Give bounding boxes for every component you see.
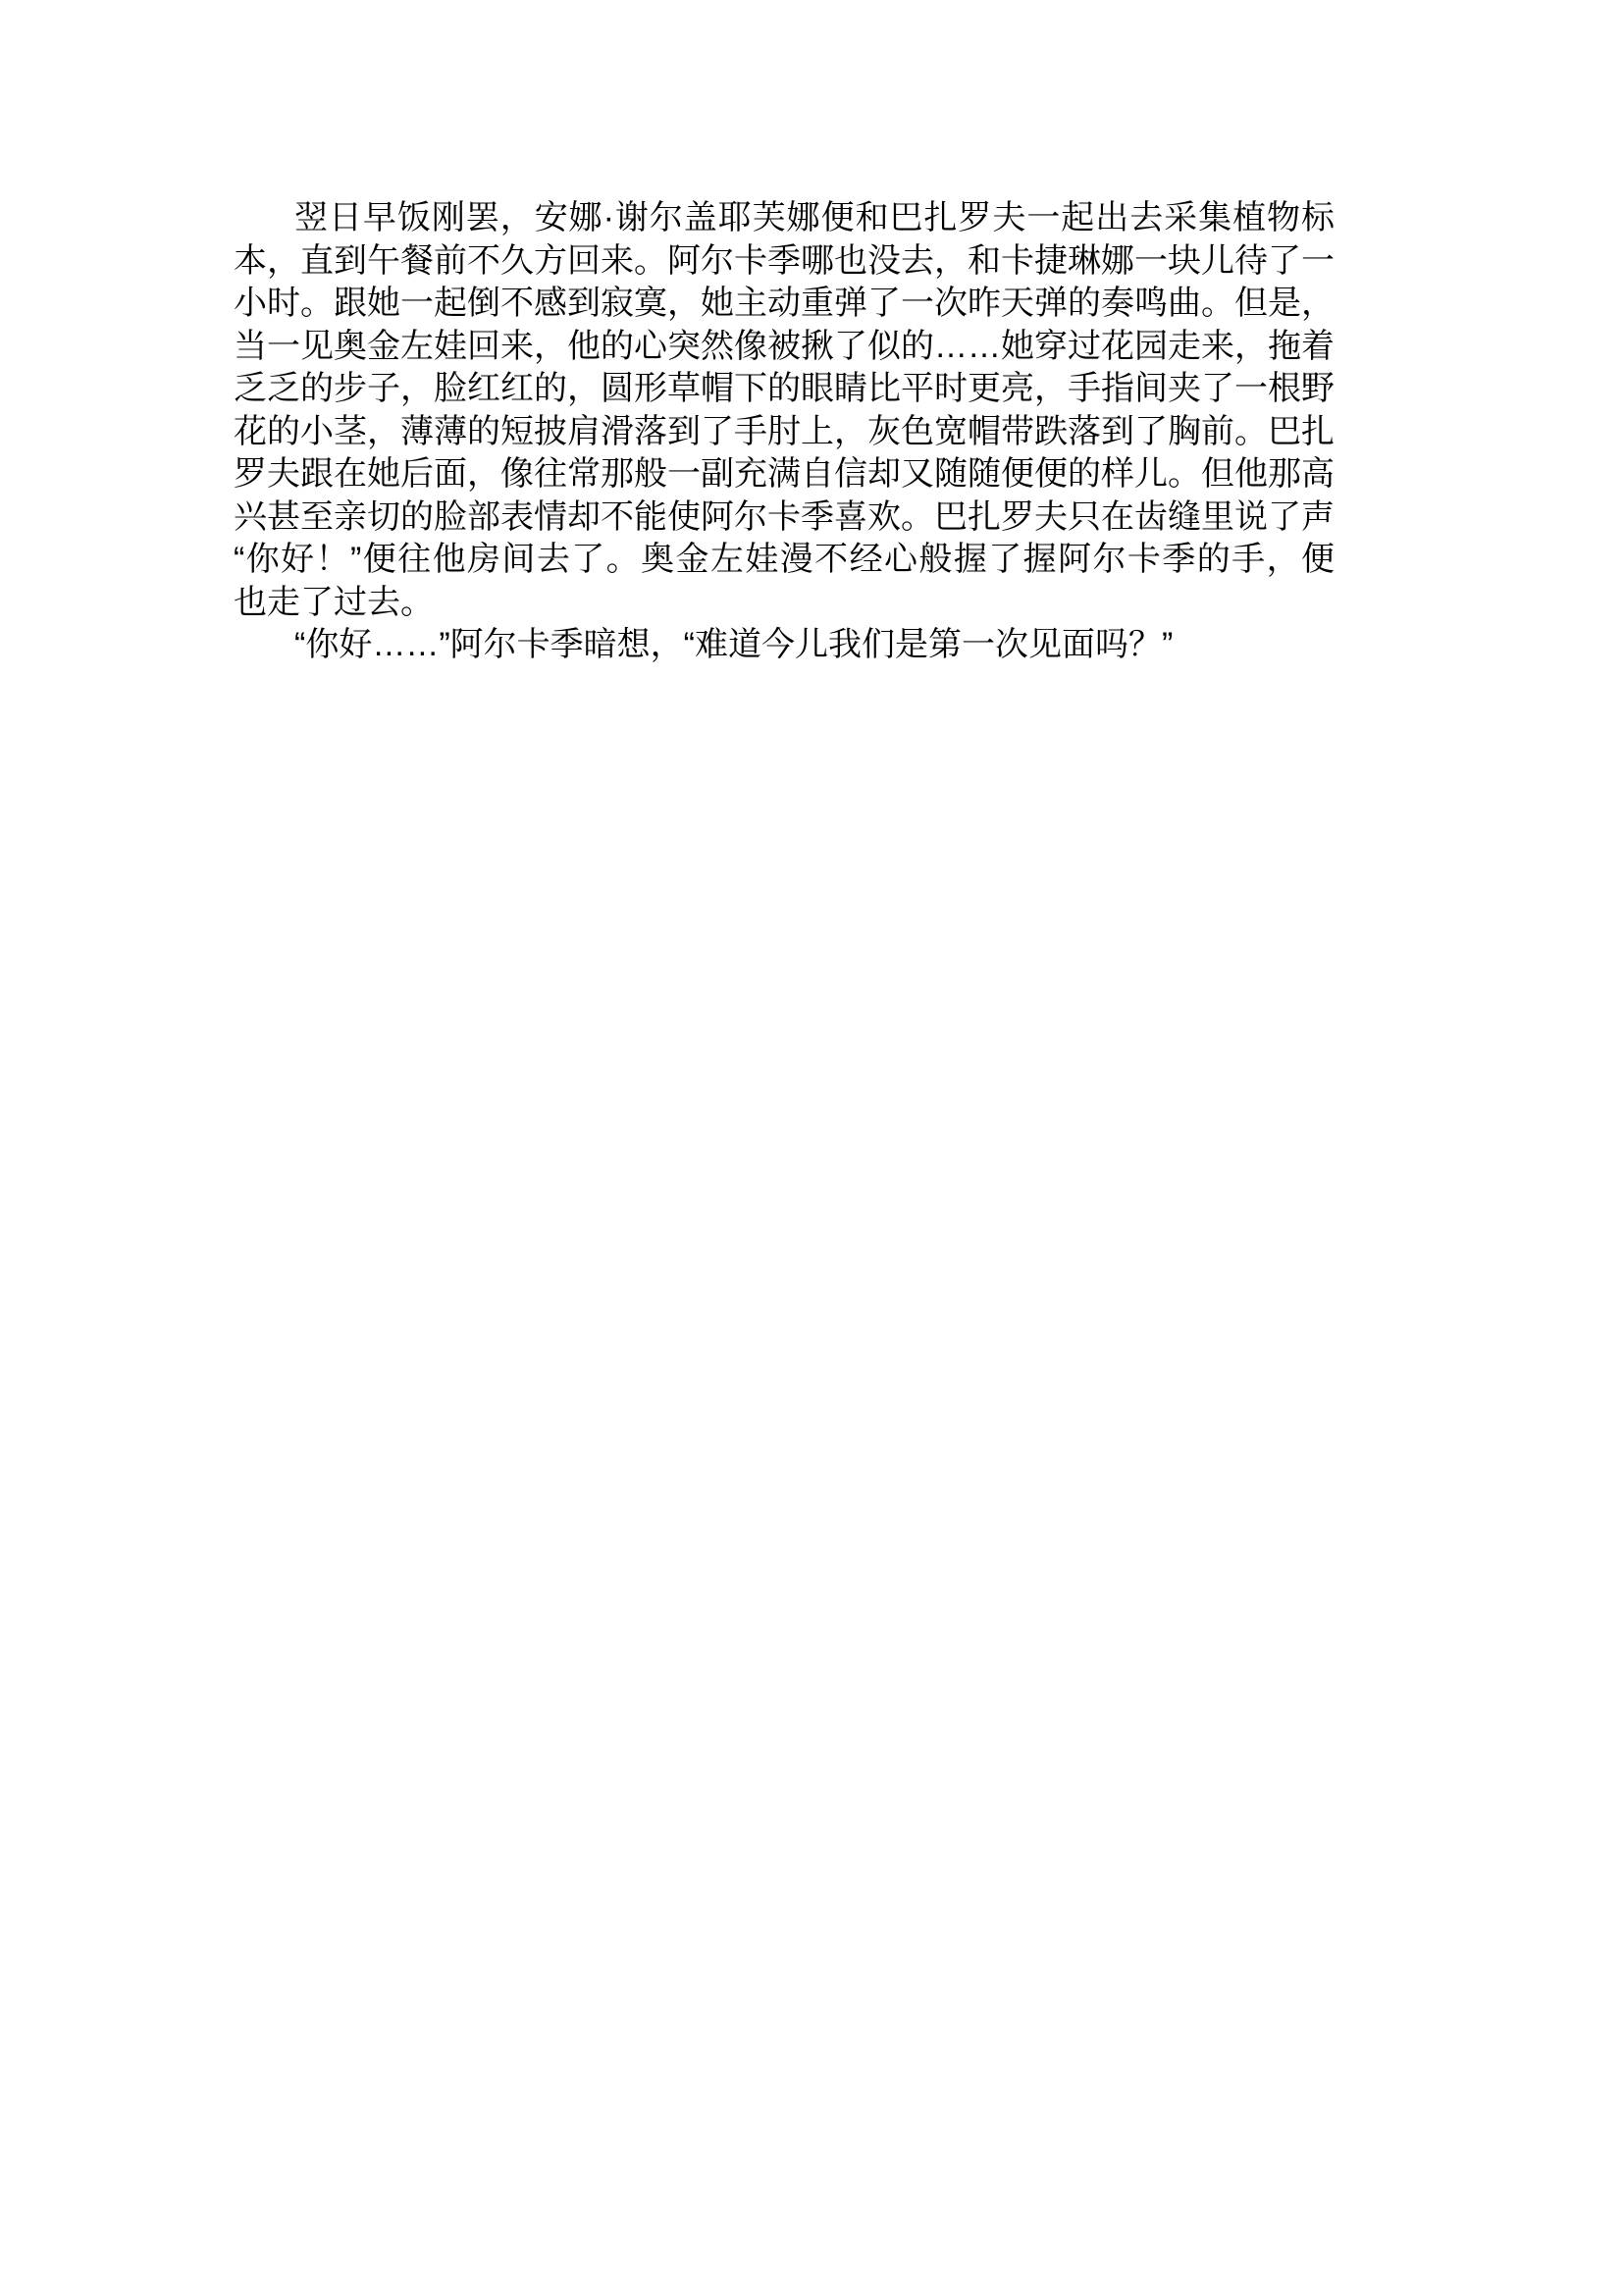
text-line: 乏乏的步子，脸红红的，圆形草帽下的眼睛比平时更亮，手指间夹了一根野: [234, 368, 1335, 411]
text-line: 小时。跟她一起倒不感到寂寞，她主动重弹了一次昨天弹的奏鸣曲。但是，: [234, 283, 1335, 326]
document-page: 翌日早饭刚罢，安娜·谢尔盖耶芙娜便和巴扎罗夫一起出去采集植物标 本，直到午餐前不…: [0, 0, 1624, 2294]
text-line: 也走了过去。: [234, 582, 1335, 625]
text-line: 花的小茎，薄薄的短披肩滑落到了手肘上，灰色宽帽带跌落到了胸前。巴扎: [234, 411, 1335, 454]
text-line: 翌日早饭刚罢，安娜·谢尔盖耶芙娜便和巴扎罗夫一起出去采集植物标: [234, 197, 1335, 240]
text-line: 罗夫跟在她后面，像往常那般一副充满自信却又随随便便的样儿。但他那高: [234, 453, 1335, 496]
text-line: 兴甚至亲切的脸部表情却不能使阿尔卡季喜欢。巴扎罗夫只在齿缝里说了声: [234, 496, 1335, 540]
text-line: “你好……”阿尔卡季暗想，“难道今儿我们是第一次见面吗？”: [234, 624, 1335, 667]
text-line: 当一见奥金左娃回来，他的心突然像被揪了似的……她穿过花园走来，拖着: [234, 326, 1335, 369]
text-line: 本，直到午餐前不久方回来。阿尔卡季哪也没去，和卡捷琳娜一块儿待了一: [234, 240, 1335, 284]
text-block: 翌日早饭刚罢，安娜·谢尔盖耶芙娜便和巴扎罗夫一起出去采集植物标 本，直到午餐前不…: [234, 197, 1335, 667]
text-line: “你好！”便往他房间去了。奥金左娃漫不经心般握了握阿尔卡季的手，便: [234, 539, 1335, 582]
